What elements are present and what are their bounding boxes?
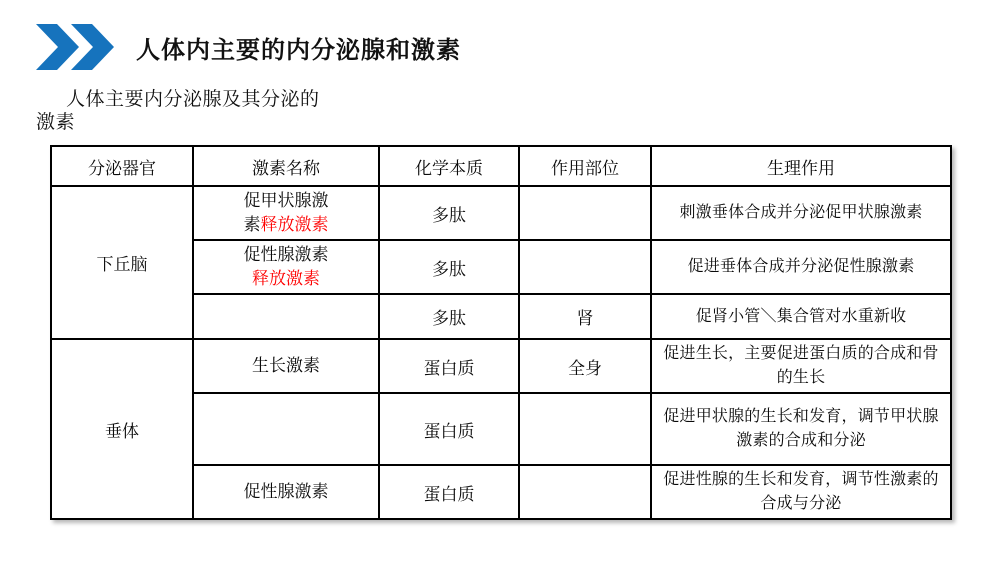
hormone-name-cell: 促性腺激素 (193, 465, 379, 519)
hormone-name-cell: 促性腺激素释放激素 (193, 240, 379, 294)
table-row: 垂体生长激素蛋白质全身促进生长，主要促进蛋白质的合成和骨的生长 (51, 339, 951, 393)
hormone-name-line: 促性腺激素 (226, 243, 346, 267)
chemical-nature-cell: 蛋白质 (379, 465, 519, 519)
action-site-cell: 肾 (519, 294, 651, 339)
hormone-text-highlighted: 释放激素 (261, 215, 329, 234)
hormone-text: 促性腺激素 (244, 245, 329, 264)
hormone-text-highlighted: 释放激素 (252, 269, 320, 288)
hormone-text: 促性腺激素 (244, 482, 329, 501)
physiological-function-text: 促进垂体合成并分泌促性腺激素 (660, 255, 942, 279)
organ-cell: 垂体 (51, 339, 193, 519)
double-chevron-right-icon (36, 24, 114, 70)
action-site-cell (519, 465, 651, 519)
hormone-name-cell (193, 294, 379, 339)
chemical-nature-cell: 多肽 (379, 294, 519, 339)
physiological-function-cell: 促进甲状腺的生长和发育，调节甲状腺激素的合成和分泌 (651, 393, 951, 465)
physiological-function-text: 促进生长，主要促进蛋白质的合成和骨的生长 (660, 342, 942, 390)
hormone-name-line: 释放激素 (226, 267, 346, 291)
hormone-text: 素 (244, 215, 261, 234)
hormone-text: 促甲状腺激 (244, 191, 329, 210)
subtitle: 人体主要内分泌腺及其分泌的 激素 (36, 88, 320, 134)
physiological-function-text: 促进性腺的生长和发育，调节性激素的合成与分泌 (660, 468, 942, 516)
hormone-name-line: 生长激素 (226, 354, 346, 378)
subtitle-line2: 激素 (36, 111, 320, 134)
physiological-function-text: 促进甲状腺的生长和发育，调节甲状腺激素的合成和分泌 (660, 405, 942, 453)
slide: 人体内主要的内分泌腺和激素 人体主要内分泌腺及其分泌的 激素 分泌器官激素名称化… (0, 0, 1000, 563)
chemical-nature-cell: 蛋白质 (379, 393, 519, 465)
hormone-name-line: 促性腺激素 (226, 480, 346, 504)
chemical-nature-cell: 多肽 (379, 240, 519, 294)
physiological-function-cell: 促进垂体合成并分泌促性腺激素 (651, 240, 951, 294)
physiological-function-text: 促肾小管＼集合管对水重新收 (660, 305, 942, 329)
page-title: 人体内主要的内分泌腺和激素 (136, 30, 461, 65)
action-site-cell: 全身 (519, 339, 651, 393)
hormone-table: 分泌器官激素名称化学本质作用部位生理作用 下丘脑促甲状腺激素释放激素多肽刺激垂体… (50, 145, 952, 520)
column-header: 生理作用 (651, 146, 951, 186)
chemical-nature-cell: 蛋白质 (379, 339, 519, 393)
hormone-name-cell: 生长激素 (193, 339, 379, 393)
column-header: 作用部位 (519, 146, 651, 186)
action-site-cell (519, 186, 651, 240)
physiological-function-text: 刺激垂体合成并分泌促甲状腺激素 (660, 201, 942, 225)
hormone-name-line: 素释放激素 (226, 213, 346, 237)
subtitle-line1: 人体主要内分泌腺及其分泌的 (36, 88, 320, 111)
hormone-text: 生长激素 (252, 356, 320, 375)
chemical-nature-cell: 多肽 (379, 186, 519, 240)
column-header: 化学本质 (379, 146, 519, 186)
physiological-function-cell: 促肾小管＼集合管对水重新收 (651, 294, 951, 339)
organ-cell: 下丘脑 (51, 186, 193, 339)
hormone-name-cell (193, 393, 379, 465)
physiological-function-cell: 促进生长，主要促进蛋白质的合成和骨的生长 (651, 339, 951, 393)
hormone-name-line: 促甲状腺激 (226, 189, 346, 213)
action-site-cell (519, 240, 651, 294)
column-header: 分泌器官 (51, 146, 193, 186)
title-row: 人体内主要的内分泌腺和激素 (36, 24, 461, 70)
table-row: 下丘脑促甲状腺激素释放激素多肽刺激垂体合成并分泌促甲状腺激素 (51, 186, 951, 240)
physiological-function-cell: 促进性腺的生长和发育，调节性激素的合成与分泌 (651, 465, 951, 519)
physiological-function-cell: 刺激垂体合成并分泌促甲状腺激素 (651, 186, 951, 240)
column-header: 激素名称 (193, 146, 379, 186)
hormone-name-cell: 促甲状腺激素释放激素 (193, 186, 379, 240)
action-site-cell (519, 393, 651, 465)
table-header-row: 分泌器官激素名称化学本质作用部位生理作用 (51, 146, 951, 186)
